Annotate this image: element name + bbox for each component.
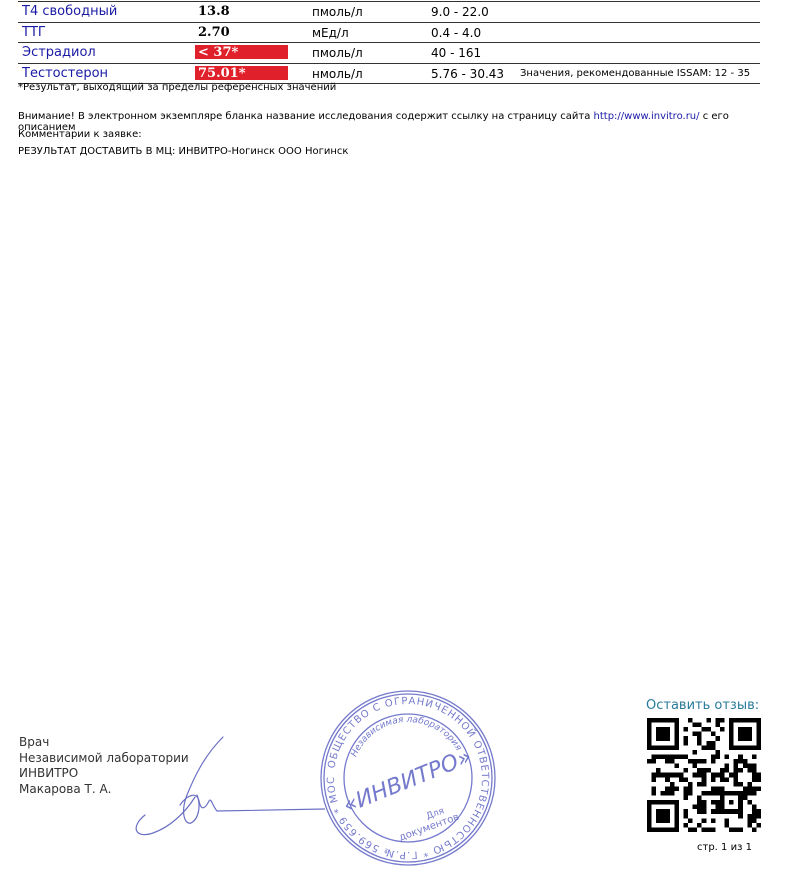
svg-text:«ИНВИТРО»: «ИНВИТРО» — [340, 745, 475, 819]
test-unit: пмоль/л — [312, 43, 363, 62]
test-name-link[interactable]: Эстрадиол — [22, 43, 96, 62]
test-value: < 37* — [195, 45, 288, 59]
test-reference: 9.0 - 22.0 — [431, 2, 489, 21]
qr-code-icon[interactable] — [647, 718, 761, 832]
comments-label: Комментарии к заявке: — [18, 129, 142, 140]
review-label: Оставить отзыв: — [646, 698, 759, 713]
table-row: Т4 свободный13.8пмоль/л9.0 - 22.0 — [18, 1, 760, 23]
test-value: 75.01* — [195, 66, 288, 80]
test-unit: нмоль/л — [312, 64, 363, 83]
page-number: стр. 1 из 1 — [697, 842, 752, 853]
test-reference: 40 - 161 — [431, 43, 481, 62]
test-name-link[interactable]: ТТГ — [22, 23, 46, 42]
out-of-range-footnote: *Результат, выходящий за пределы референ… — [18, 82, 336, 93]
test-reference: 5.76 - 30.43 — [431, 64, 504, 83]
test-name-link[interactable]: Тестостерон — [22, 64, 108, 83]
comments-text: РЕЗУЛЬТАТ ДОСТАВИТЬ В МЦ: ИНВИТРО-Ногинс… — [18, 146, 348, 157]
table-row: Эстрадиол< 37*пмоль/л40 - 161 — [18, 43, 760, 64]
test-name-link[interactable]: Т4 свободный — [22, 2, 117, 21]
table-row: Тестостерон75.01*нмоль/л5.76 - 30.43Знач… — [18, 64, 760, 85]
test-unit: пмоль/л — [312, 2, 363, 21]
test-note: Значения, рекомендованные ISSAM: 12 - 35 — [520, 64, 750, 83]
test-unit: мЕд/л — [312, 23, 349, 42]
results-table: Т4 свободный13.8пмоль/л9.0 - 22.0ТТГ2.70… — [18, 0, 760, 84]
test-reference: 0.4 - 4.0 — [431, 23, 481, 42]
notice-before: Внимание! В электронном экземпляре бланк… — [18, 111, 594, 122]
test-value: 13.8 — [195, 4, 288, 18]
company-stamp-icon: ОБЩЕСТВО С ОГРАНИЧЕННОЙ ОТВЕТСТВЕННОСТЬЮ… — [318, 688, 498, 868]
signature-icon — [125, 735, 325, 845]
test-value: 2.70 — [195, 25, 288, 39]
invitro-link[interactable]: http://www.invitro.ru/ — [594, 111, 700, 122]
table-row: ТТГ2.70мЕд/л0.4 - 4.0 — [18, 23, 760, 44]
